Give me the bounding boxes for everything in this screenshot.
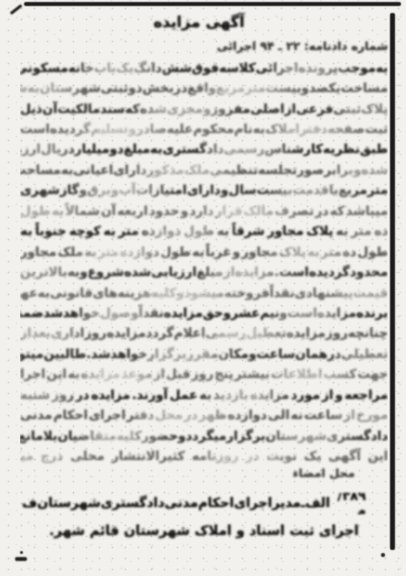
body-text-line: برندهمزایدهاستونیمعشروحقمزایدهنقداًوصولخ… xyxy=(20,302,388,322)
signature-place-line: محل امضاء xyxy=(293,466,355,480)
reference-number-line: شماره دادنامه: ۲۲ ـ ۹۴ اجرائی xyxy=(217,39,388,53)
scanned-notice-page: آگهی مزایده شماره دادنامه: ۲۲ ـ ۹۴ اجرائ… xyxy=(0,0,406,576)
body-text-line: مورخازساعتنهالیدوازدهظهردرمحلدفتراجرایاح… xyxy=(20,404,388,424)
body-text-line: دادگستریشهرستانبرگزارمیگرددوحضورکلیهمتقا… xyxy=(20,425,388,445)
frame-right-border xyxy=(390,13,395,550)
ink-speck-bottom-left xyxy=(20,551,23,554)
footer-bold-line-2: اجرای ثبت اسناد و املاک شهرستان قائم شهر… xyxy=(20,523,388,539)
body-text-line: طبقنظریهکارشناسرسمیدادگستریبهمبلغدومیلیا… xyxy=(20,139,388,159)
body-text-line: چنانچهروزمزایدهتعطیلرسمیاعلامگرددمزایدهر… xyxy=(20,323,388,343)
body-text-line: پلاکثبتیفرعیازاصلیمفروزومجزیشدهکهسندمالک… xyxy=(20,98,388,118)
body-text-line: طولدهمتربهپلاکمجاوروغرباًبهطولدوازدهمترب… xyxy=(20,241,388,261)
body-text-line: جهتکسباطلاعاتبیشترپنجروزقبلازموعدمزایدهب… xyxy=(20,364,388,384)
body-text-line: قیمتپیشنهادینقداًفروختهمیشودوکلیههزینهها… xyxy=(20,282,388,302)
body-text-line: مراجعهوازموردمزایدهبازدیدبهعملآورند.مزای… xyxy=(20,384,388,404)
body-text-line: مترمربعباقدمتبیستسالودارایامتیازاتآبوبرق… xyxy=(20,180,388,200)
body-text-line: ثبتصفحهدفتراملاکبهناممحکومعلیهصادروتسلیم… xyxy=(20,118,388,138)
body-text-line: شدهوبرابرصورتجلسهتنظیمیملکمذکوردارایاعیا… xyxy=(20,159,388,179)
footer-bold-line-1: ۳۸۹/مالفـمدیراجرایاحکاممدنیدادگستریشهرست… xyxy=(22,493,366,514)
body-text-line: بهموجبپروندهاجرائیکلاسهفوقششدانگیکبابخان… xyxy=(20,57,388,77)
body-text-line: میباشدکهدرتصرفمالکقرارداردوحدوداربعهآنشم… xyxy=(20,200,388,220)
body-text-line: اینآگهییکنوبتدرروزنامهکثیرالانتشارمحلیدر… xyxy=(20,445,388,465)
body-text-line: محدودگردیدهاست.مزایدهازمبلغارزیابیشدهشرو… xyxy=(20,261,388,281)
body-text-line: تعطیلیدرهمانساعتومکانمقرربرگزارخواهدشد.ط… xyxy=(20,343,388,363)
body-text-line: مساحتیکصدوبیستمترمربعواقعدربخشدوثبتیشهرس… xyxy=(20,77,388,97)
ink-speck-bottom-right xyxy=(381,553,385,557)
ink-mark-bottom-left xyxy=(15,557,27,561)
notice-title: آگهی مزایده xyxy=(0,13,398,31)
body-text-line: دهمتربهپلاکمجاورشرقاًبهطولدوازدهمتربهکوچ… xyxy=(20,221,388,241)
body-lines: بهموجبپروندهاجرائیکلاسهفوقششدانگیکبابخان… xyxy=(20,57,388,466)
frame-top-border xyxy=(24,2,401,6)
